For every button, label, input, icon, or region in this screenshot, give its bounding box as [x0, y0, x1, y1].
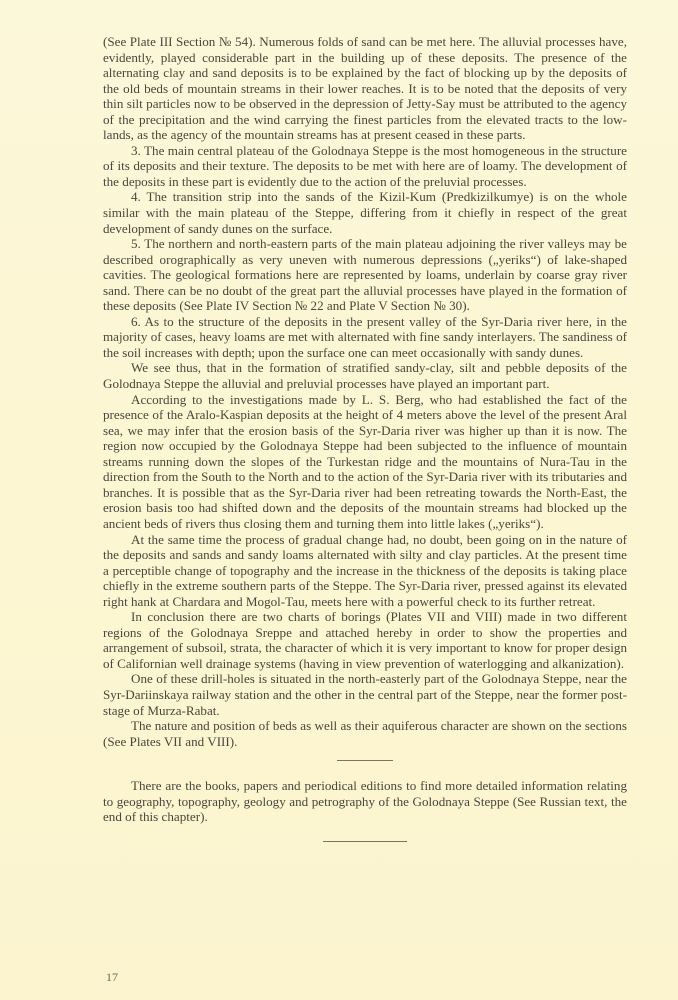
body-text: (See Plate III Section № 54). Numerous f…	[103, 34, 627, 852]
paragraph-6-syr-daria-valley: 6. As to the structure of the deposits i…	[103, 314, 627, 361]
paragraph-3-central-plateau: 3. The main central plateau of the Golod…	[103, 143, 627, 190]
paragraph-4-transition-strip: 4. The transition strip into the sands o…	[103, 189, 627, 236]
paragraph-summary: We see thus, that in the formation of st…	[103, 360, 627, 391]
paragraph-conclusion: In conclusion there are two charts of bo…	[103, 609, 627, 671]
scanned-page: (See Plate III Section № 54). Numerous f…	[0, 0, 678, 1000]
paragraph-references: There are the books, papers and periodic…	[103, 778, 627, 825]
paragraph-beds-nature: The nature and position of beds as well …	[103, 718, 627, 749]
paragraph-continuation: (See Plate III Section № 54). Numerous f…	[103, 34, 627, 143]
paragraph-gradual-change: At the same time the process of gradual …	[103, 532, 627, 610]
end-divider	[323, 841, 407, 842]
paragraph-berg-investigations: According to the investigations made by …	[103, 392, 627, 532]
page-number: 17	[106, 970, 118, 985]
section-divider	[337, 760, 393, 761]
paragraph-drill-holes: One of these drill-holes is situated in …	[103, 671, 627, 718]
paragraph-5-northern-parts: 5. The northern and north-eastern parts …	[103, 236, 627, 314]
